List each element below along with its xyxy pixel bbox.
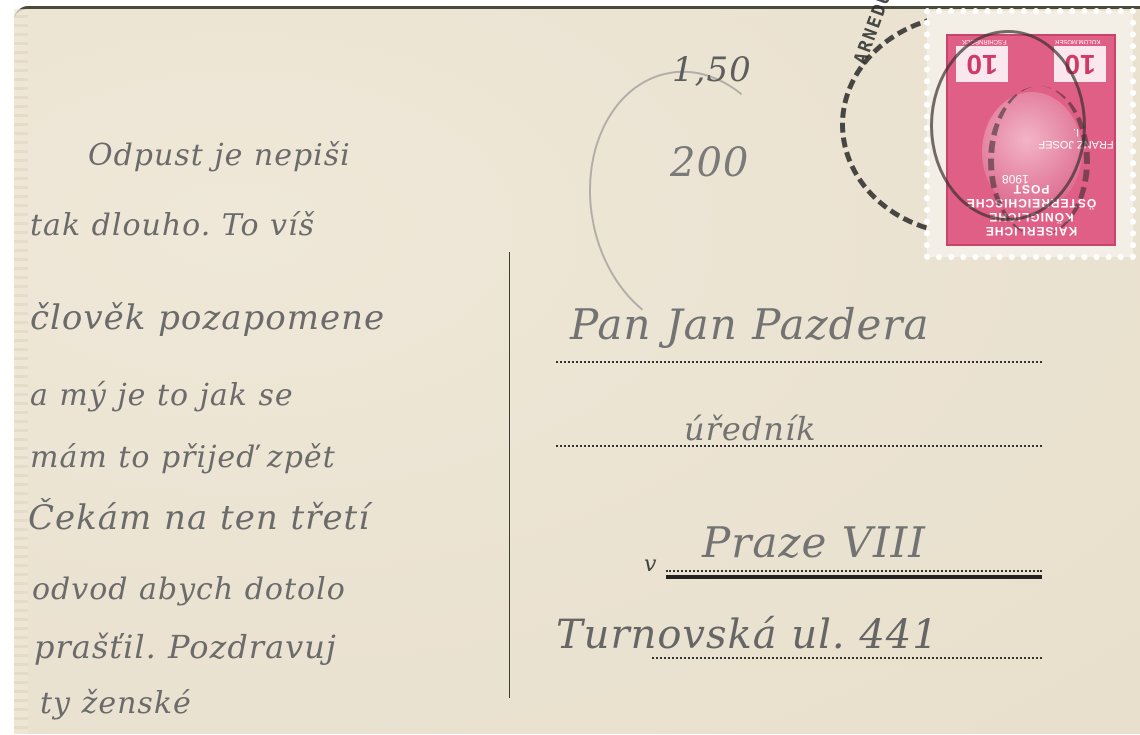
card-divider [509, 252, 510, 698]
message-line: mám to přijeď zpět [30, 440, 336, 475]
city-prefix: v [644, 552, 656, 577]
city-underline [666, 575, 1042, 579]
message-line: tak dlouho. To víš [30, 208, 315, 243]
message-line: odvod abych dotolo [32, 572, 346, 607]
message-line: ty ženské [40, 686, 192, 721]
message-line: prašťil. Pozdravuj [34, 628, 337, 666]
address-line-4 [652, 657, 1042, 659]
pencil-note-circled: 200 [670, 140, 749, 186]
address-line-3 [666, 570, 1042, 572]
pencil-note-price: 1,50 [672, 50, 752, 90]
recipient-city: Praze VIII [702, 518, 926, 567]
address-line-2 [556, 445, 1042, 447]
message-line: člověk pozapomene [30, 298, 385, 338]
recipient-name: Pan Jan Pazdera [570, 300, 930, 349]
message-line: Čekám na ten třetí [28, 498, 370, 538]
message-line: Odpust je nepiši [88, 138, 351, 173]
postmark-inner-ring [930, 30, 1086, 221]
recipient-occupation: úředník [684, 410, 817, 448]
message-line: a mý je to jak se [30, 378, 294, 413]
recipient-street: Turnovská ul. 441 [556, 612, 939, 658]
address-line-1 [556, 361, 1042, 363]
stamp-designer: KOLOM.MOSER [1055, 38, 1100, 44]
